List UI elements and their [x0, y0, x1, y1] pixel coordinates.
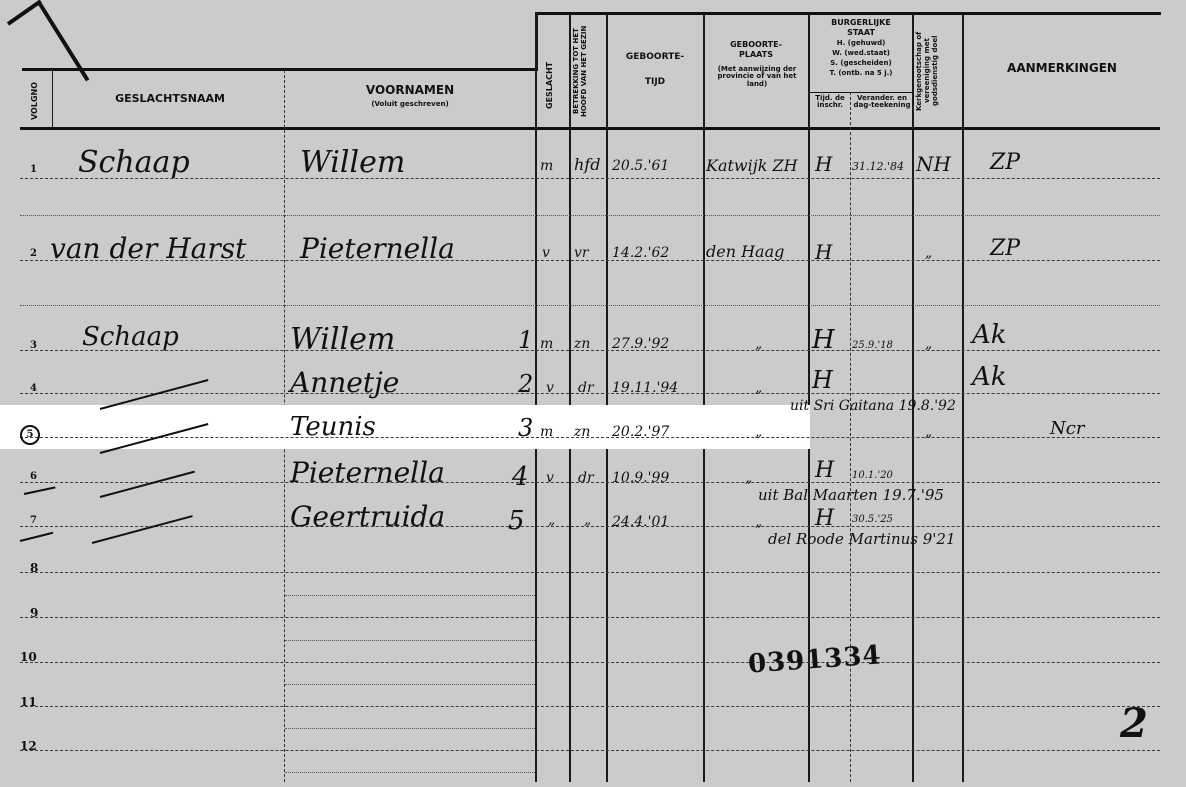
header-geslacht: GESLACHT [545, 50, 554, 120]
row2-sex: v [542, 245, 550, 261]
col-line-geboortetijd [703, 14, 705, 782]
row2-birth-date: 14.2.'62 [612, 245, 669, 261]
header-geslachtsnaam: GESLACHTSNAAM [60, 93, 280, 105]
row4-birth-place: „ [755, 380, 762, 396]
row-number-circled[interactable]: 5 [20, 425, 40, 445]
header-bottom-border [20, 127, 1160, 130]
row3-status: H [812, 325, 835, 355]
row-number: 3 [30, 340, 37, 351]
row2-status: H [815, 240, 832, 264]
row6-birth-date: 10.9.'99 [612, 470, 669, 486]
row-number: 12 [20, 739, 37, 753]
header-top-border-right [536, 12, 1161, 15]
row5-order: 3 [518, 414, 533, 442]
ditto-stroke [92, 515, 193, 544]
row4-remarks: Ak [972, 362, 1007, 392]
header-aanmerkingen: AANMERKINGEN [964, 62, 1160, 75]
header-burgerlijke-staat-2: STAAT [810, 29, 912, 37]
ditto-stroke [24, 486, 56, 495]
row4-relation: dr [578, 380, 594, 396]
row-number: 7 [30, 515, 37, 526]
row-number: 4 [30, 383, 37, 394]
row6-status: H [815, 458, 834, 483]
row7-status: H [815, 506, 834, 531]
header-geboorteplaats-2: PLAATS [705, 51, 807, 59]
row1-sex: m [540, 158, 553, 174]
header-bs-s: S. (gescheiden) [810, 60, 912, 67]
row2-remarks: ZP [990, 236, 1020, 261]
row-rule [20, 305, 1160, 306]
row1-surname: Schaap [78, 145, 190, 180]
row1-relation: hfd [574, 155, 600, 174]
header-geboortetijd-2: TIJD [608, 78, 702, 87]
row2-religion: „ [925, 245, 932, 261]
row4-note: uit Sri Gaitana 19.8.'92 [790, 398, 956, 414]
row1-birth-place: Katwijk ZH [706, 155, 801, 177]
header-tijd-inschr: Tijd. de inschr. [810, 95, 850, 110]
row-rule [20, 572, 1160, 573]
row3-religion: „ [925, 336, 932, 352]
header-geboorteplaats-1: GEBOORTE- [705, 41, 807, 49]
col-line-geslacht [569, 14, 571, 782]
header-top-border-left [22, 68, 538, 71]
row2-firstname: Pieternella [300, 232, 455, 265]
row3-order: 1 [518, 326, 533, 354]
header-bs-w: W. (wed.staat) [810, 50, 912, 57]
row3-sex: m [540, 336, 553, 352]
header-step-line [535, 12, 538, 70]
row5-sex: m [540, 424, 553, 440]
row4-order: 2 [518, 370, 533, 398]
row5-relation: zn [574, 424, 590, 440]
row-highlight [0, 405, 810, 449]
col-line-betrekking [606, 14, 608, 782]
row6-order: 4 [512, 462, 529, 492]
row3-surname: Schaap [82, 322, 179, 352]
row3-birth-place: „ [755, 336, 762, 352]
row4-status: H [812, 366, 833, 394]
col-line-kerk [962, 14, 964, 782]
row6-note: uit Bal Maarten 19.7.'95 [758, 486, 944, 504]
row-number: 10 [20, 650, 37, 664]
row4-firstname: Annetje [290, 366, 399, 399]
row7-relation: „ [584, 512, 591, 528]
sub-rule [285, 640, 535, 641]
row5-remarks: Ncr [1050, 418, 1084, 439]
page-mark: 2 [1120, 700, 1148, 747]
header-burgerlijke-staat-1: BURGERLIJKE [810, 19, 912, 27]
row-number: 9 [30, 606, 38, 620]
row-number: 8 [30, 561, 38, 575]
row-rule [20, 178, 1160, 179]
row3-birth-date: 27.9.'92 [612, 336, 669, 352]
header-voornamen-sub: (Voluit geschreven) [290, 101, 530, 108]
row3-relation: zn [574, 336, 590, 352]
row1-religion: NH [916, 152, 951, 176]
header-geboorteplaats-sub: (Met aanwijzing der provincie of van het… [710, 66, 804, 88]
sub-rule [285, 684, 535, 685]
row1-change: 31.12.'84 [852, 160, 904, 173]
header-voornamen: VOORNAMEN [290, 84, 530, 97]
sub-rule [285, 772, 535, 773]
header-bs-h: H. (gehuwd) [810, 40, 912, 47]
ditto-stroke [20, 532, 53, 542]
row5-religion: „ [925, 424, 932, 440]
row2-surname: van der Harst [50, 232, 246, 265]
header-verandering: Verander. en dag-teekening [852, 95, 912, 110]
row-rule [20, 662, 1160, 663]
ditto-stroke [100, 471, 195, 498]
row3-change: 25.9.'18 [852, 340, 893, 351]
row1-remarks: ZP [990, 150, 1020, 175]
row-rule [20, 617, 1160, 618]
archive-stamp-number: 0391334 [747, 640, 882, 679]
pen-mark [7, 0, 42, 26]
header-volgno: VOLGNO [30, 78, 39, 124]
row1-birth-date: 20.5.'61 [612, 158, 669, 174]
header-kerkgenootschap: Kerkgenootschap of vereeniging met godsd… [915, 18, 959, 124]
row2-birth-place: den Haag [706, 242, 784, 261]
row4-sex: v [546, 380, 554, 396]
row6-birth-place: „ [745, 470, 752, 486]
row-number: 11 [20, 695, 37, 709]
row7-note: del Roode Martinus 9'21 [768, 530, 956, 548]
row-number: 6 [30, 471, 37, 482]
sub-rule [285, 595, 535, 596]
row-number: 2 [30, 248, 37, 259]
row-rule [20, 750, 1160, 751]
sub-rule [285, 728, 535, 729]
row7-birth-place: „ [755, 514, 762, 530]
header-betrekking: BETREKKING TOT HET HOOFD VAN HET GEZIN [572, 18, 604, 124]
row-rule [20, 215, 1160, 216]
row3-firstname: Willem [290, 322, 395, 357]
row7-change: 30.5.'25 [852, 514, 893, 525]
row6-relation: dr [578, 470, 594, 486]
header-bs-t: T. (ontb. na 5 j.) [810, 70, 912, 77]
row5-birth-date: 20.2.'97 [612, 424, 669, 440]
row7-firstname: Geertruida [290, 500, 445, 533]
row6-change: 10.1.'20 [852, 470, 893, 481]
header-geboortetijd-1: GEBOORTE- [608, 53, 702, 62]
row5-birth-place: „ [755, 424, 762, 440]
col-line-volgno [52, 70, 53, 128]
row6-sex: v [546, 470, 554, 486]
row1-status: H [815, 152, 832, 176]
row2-relation: vr [574, 245, 589, 261]
row5-firstname: Teunis [290, 412, 376, 442]
row1-firstname: Willem [300, 145, 405, 180]
row7-order: 5 [508, 506, 525, 536]
row-rule [20, 706, 1160, 707]
burgerlijk-sub-divider [810, 92, 912, 93]
row-number: 1 [30, 164, 37, 175]
row7-sex: „ [548, 512, 555, 528]
row3-remarks: Ak [972, 320, 1007, 350]
row6-firstname: Pieternella [290, 456, 445, 489]
row4-birth-date: 19.11.'94 [612, 380, 678, 396]
row7-birth-date: 24.4.'01 [612, 514, 669, 530]
